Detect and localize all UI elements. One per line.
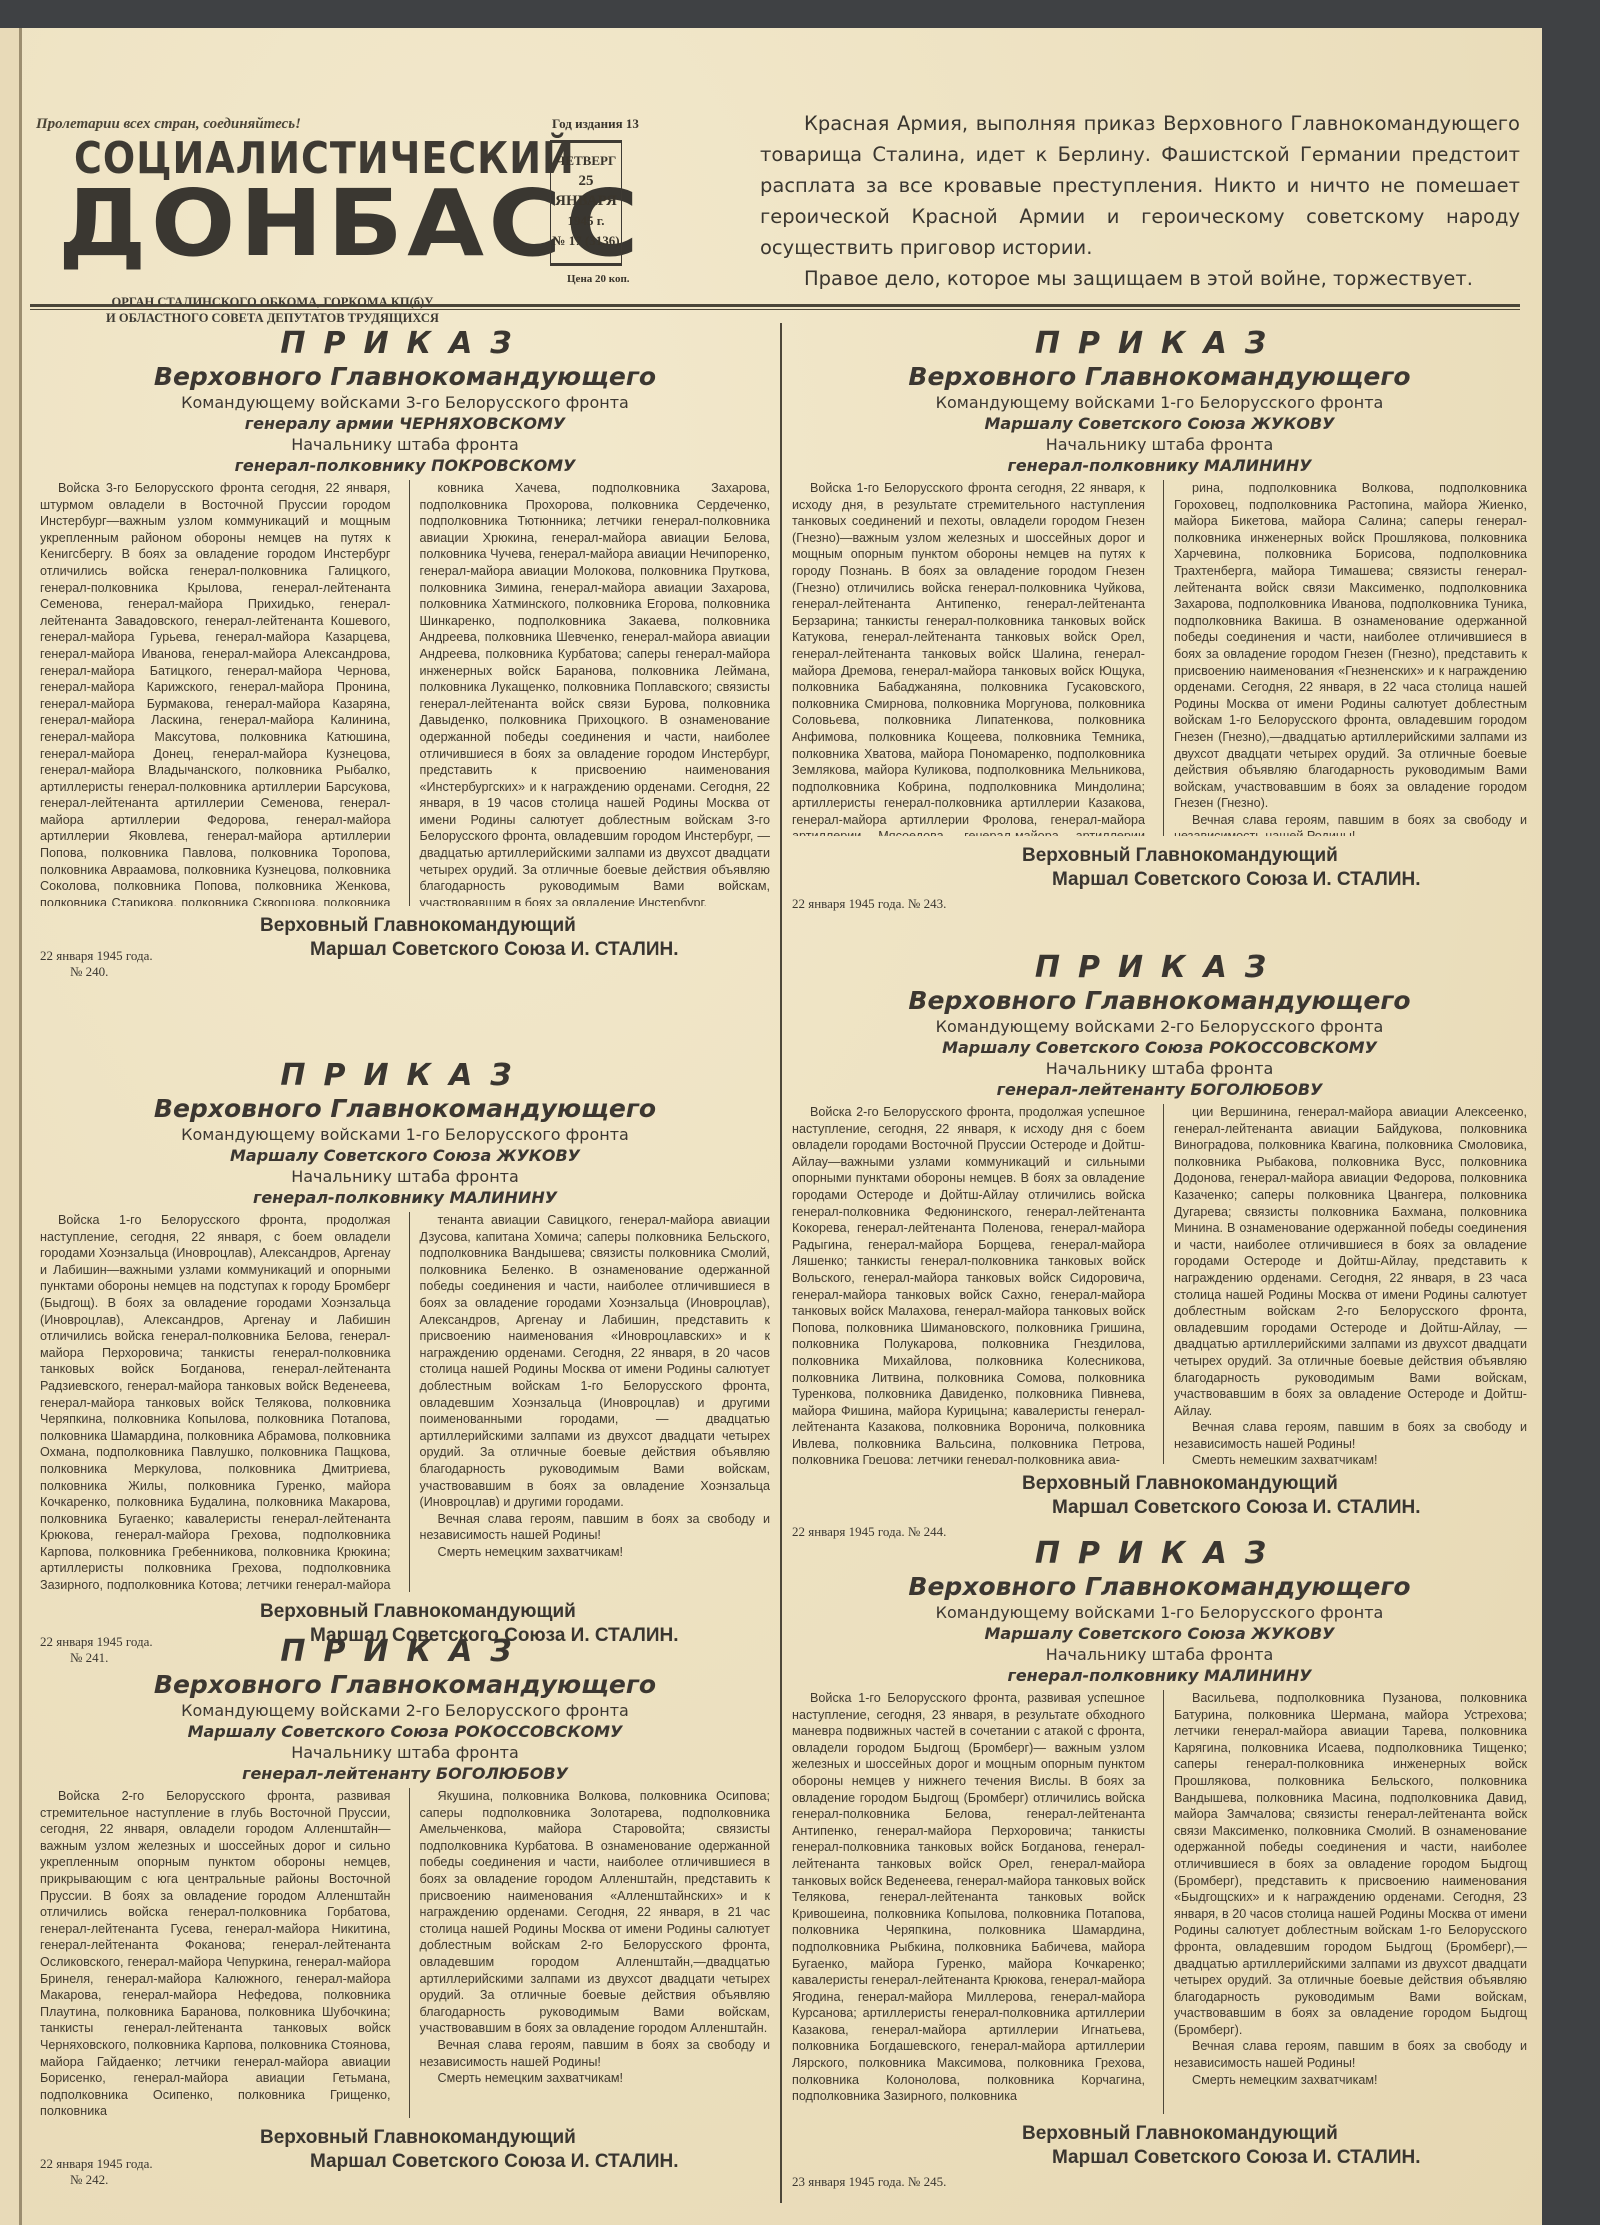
order-heading: ПРИКАЗ [792, 950, 1527, 986]
scan-background [1542, 0, 1600, 2225]
body-column-2: ции Вершинина, генерал-майора авиации Ал… [1163, 1104, 1527, 1464]
body-column-1: Войска 1-го Белорусского фронта, продолж… [40, 1212, 391, 1592]
order-date: 22 января 1945 года. [40, 948, 153, 964]
commander: генералу армии ЧЕРНЯХОВСКОМУ [40, 413, 770, 434]
year-of-publication: Год издания 13 [552, 116, 639, 132]
order-body: Войска 1-го Белорусского фронта, продолж… [40, 1212, 770, 1592]
order-241: ПРИКАЗ Верховного Главнокомандующего Ком… [40, 1058, 770, 1664]
newspaper-page: Пролетарии всех стран, соединяйтесь! СОЦ… [22, 28, 1542, 2225]
order-subheading: Верховного Главнокомандующего [792, 362, 1527, 392]
chief-of-staff: генерал-лейтенанту БОГОЛЮБОВУ [40, 1763, 770, 1784]
addressee: Командующему войсками 1-го Белорусского … [792, 1602, 1527, 1623]
year: 1945 г. [551, 211, 621, 231]
lead-paragraph-1: Красная Армия, выполняя приказ Верховног… [760, 108, 1520, 263]
order-body: Войска 2-го Белорусского фронта, продолж… [792, 1104, 1527, 1464]
order-heading: ПРИКАЗ [40, 1058, 770, 1094]
issue-number: № 17 (3136) [551, 231, 621, 251]
date-box: ЧЕТВЕРГ 25 ЯНВАРЯ 1945 г. № 17 (3136) [550, 140, 622, 266]
death-line: Смерть немецким захватчикам! [1174, 2072, 1527, 2089]
body-text: Войска 1-го Белорусского фронта сегодня,… [792, 480, 1145, 836]
chief-of-staff-label: Начальнику штаба фронта [40, 1166, 770, 1187]
body-text: Войска 1-го Белорусского фронта, развива… [792, 1690, 1145, 2105]
body-column-1: Войска 1-го Белорусского фронта сегодня,… [792, 480, 1145, 836]
body-text: ковника Хачева, подполковника Захарова, … [420, 480, 771, 906]
commander: Маршалу Советского Союза РОКОССОВСКОМУ [792, 1037, 1527, 1058]
signature-name: Маршал Советского Союза И. СТАЛИН. [310, 2150, 679, 2174]
masthead: Пролетарии всех стран, соединяйтесь! СОЦ… [22, 28, 1542, 300]
signature-name: Маршал Советского Союза И. СТАЛИН. [310, 938, 679, 962]
order-243: ПРИКАЗ Верховного Главнокомандующего Ком… [792, 326, 1527, 912]
order-heading: ПРИКАЗ [792, 326, 1527, 362]
signature-title: Верховный Главнокомандующий [260, 2126, 770, 2150]
body-text: рина, подполковника Волкова, подполковни… [1174, 480, 1527, 812]
glory-line: Вечная слава героям, павшим в боях за св… [1174, 1419, 1527, 1452]
signature-name: Маршал Советского Союза И. СТАЛИН. [1052, 1496, 1527, 1520]
chief-of-staff: генерал-полковнику МАЛИНИНУ [40, 1187, 770, 1208]
body-text: Васильева, подполковника Пузанова, полко… [1174, 1690, 1527, 2038]
signature-title: Верховный Главнокомандующий [1022, 2122, 1527, 2146]
order-heading: ПРИКАЗ [40, 326, 770, 362]
commander: Маршалу Советского Союза ЖУКОВУ [40, 1145, 770, 1166]
order-number: № 240. [70, 964, 108, 980]
body-column-2: рина, подполковника Волкова, подполковни… [1163, 480, 1527, 836]
order-subheading: Верховного Главнокомандующего [40, 1670, 770, 1700]
binding-spine [0, 28, 22, 2225]
addressee: Командующему войсками 2-го Белорусского … [40, 1700, 770, 1721]
glory-line: Вечная слава героям, павшим в боях за св… [1174, 812, 1527, 836]
order-subheading: Верховного Главнокомандующего [40, 362, 770, 392]
order-body: Войска 3-го Белорусского фронта сегодня,… [40, 480, 770, 906]
order-240: ПРИКАЗ Верховного Главнокомандующего Ком… [40, 326, 770, 978]
order-heading: ПРИКАЗ [792, 1536, 1527, 1572]
order-body: Войска 2-го Белорусского фронта, развива… [40, 1788, 770, 2118]
body-text: Якушина, полковника Волкова, полковника … [420, 1788, 771, 2037]
body-column-2: ковника Хачева, подполковника Захарова, … [409, 480, 771, 906]
death-line: Смерть немецким захватчикам! [420, 2070, 771, 2087]
order-body: Войска 1-го Белорусского фронта сегодня,… [792, 480, 1527, 836]
body-text: Войска 3-го Белорусского фронта сегодня,… [40, 480, 391, 906]
order-date-number: 22 января 1945 года. № 243. [792, 896, 1527, 912]
order-date: 22 января 1945 года. [792, 896, 905, 911]
order-245: ПРИКАЗ Верховного Главнокомандующего Ком… [792, 1536, 1527, 2190]
body-text: Войска 1-го Белорусского фронта, продолж… [40, 1212, 391, 1592]
body-column-1: Войска 2-го Белорусского фронта, развива… [40, 1788, 391, 2118]
order-number: № 245. [908, 2174, 946, 2189]
order-date-number: 23 января 1945 года. № 245. [792, 2174, 1527, 2190]
chief-of-staff-label: Начальнику штаба фронта [792, 434, 1527, 455]
signature-title: Верховный Главнокомандующий [1022, 1472, 1527, 1496]
price: Цена 20 коп. [567, 273, 630, 285]
slogan: Пролетарии всех стран, соединяйтесь! [36, 116, 301, 133]
chief-of-staff: генерал-полковнику ПОКРОВСКОМУ [40, 455, 770, 476]
signature-name: Маршал Советского Союза И. СТАЛИН. [1052, 868, 1527, 892]
body-column-2: тенанта авиации Савицкого, генерал-майор… [409, 1212, 771, 1592]
order-242: ПРИКАЗ Верховного Главнокомандующего Ком… [40, 1634, 770, 2190]
chief-of-staff: генерал-полковнику МАЛИНИНУ [792, 1665, 1527, 1686]
organ-subtitle: ОРГАН СТАЛИНСКОГО ОБКОМА, ГОРКОМА КП(б)У… [106, 294, 439, 326]
chief-of-staff: генерал-лейтенанту БОГОЛЮБОВУ [792, 1079, 1527, 1100]
chief-of-staff-label: Начальнику штаба фронта [40, 1742, 770, 1763]
lead-paragraph-2: Правое дело, которое мы защищаем в этой … [760, 263, 1520, 294]
body-column-2: Васильева, подполковника Пузанова, полко… [1163, 1690, 1527, 2114]
organ-line-2: И ОБЛАСТНОГО СОВЕТА ДЕПУТАТОВ ТРУДЯЩИХСЯ [106, 310, 439, 326]
signature-name: Маршал Советского Союза И. СТАЛИН. [1052, 2146, 1527, 2170]
glory-line: Вечная слава героям, павшим в боях за св… [1174, 2038, 1527, 2071]
lead-editorial: Красная Армия, выполняя приказ Верховног… [760, 108, 1520, 294]
order-subheading: Верховного Главнокомандующего [792, 1572, 1527, 1602]
weekday: ЧЕТВЕРГ [551, 151, 621, 171]
body-text: Войска 2-го Белорусского фронта, продолж… [792, 1104, 1145, 1464]
body-text: ции Вершинина, генерал-майора авиации Ал… [1174, 1104, 1527, 1419]
month: ЯНВАРЯ [551, 191, 621, 211]
body-column-1: Войска 3-го Белорусского фронта сегодня,… [40, 480, 391, 906]
chief-of-staff: генерал-полковнику МАЛИНИНУ [792, 455, 1527, 476]
signature-title: Верховный Главнокомандующий [1022, 844, 1527, 868]
commander: Маршалу Советского Союза ЖУКОВУ [792, 1623, 1527, 1644]
body-column-2: Якушина, полковника Волкова, полковника … [409, 1788, 771, 2118]
body-text: тенанта авиации Савицкого, генерал-майор… [420, 1212, 771, 1511]
chief-of-staff-label: Начальнику штаба фронта [40, 434, 770, 455]
addressee: Командующему войсками 1-го Белорусского … [40, 1124, 770, 1145]
order-body: Войска 1-го Белорусского фронта, развива… [792, 1690, 1527, 2114]
order-subheading: Верховного Главнокомандующего [40, 1094, 770, 1124]
day: 25 [551, 171, 621, 191]
body-column-1: Войска 2-го Белорусского фронта, продолж… [792, 1104, 1145, 1464]
order-number: № 243. [908, 896, 946, 911]
order-number: № 242. [70, 2172, 108, 2188]
glory-line: Вечная слава героям, павшим в боях за св… [420, 2037, 771, 2070]
signature-title: Верховный Главнокомандующий [260, 914, 770, 938]
order-date: 22 января 1945 года. [40, 2156, 153, 2172]
masthead-rule [30, 304, 1520, 310]
glory-line: Вечная слава героям, павшим в боях за св… [420, 1511, 771, 1544]
order-244: ПРИКАЗ Верховного Главнокомандующего Ком… [792, 950, 1527, 1540]
column-divider [780, 323, 782, 2203]
body-text: Войска 2-го Белорусского фронта, развива… [40, 1788, 391, 2118]
signature-title: Верховный Главнокомандующий [260, 1600, 770, 1624]
addressee: Командующему войсками 2-го Белорусского … [792, 1016, 1527, 1037]
commander: Маршалу Советского Союза ЖУКОВУ [792, 413, 1527, 434]
chief-of-staff-label: Начальнику штаба фронта [792, 1644, 1527, 1665]
order-heading: ПРИКАЗ [40, 1634, 770, 1670]
death-line: Смерть немецким захватчикам! [420, 1544, 771, 1561]
death-line: Смерть немецким захватчикам! [1174, 1452, 1527, 1464]
chief-of-staff-label: Начальнику штаба фронта [792, 1058, 1527, 1079]
addressee: Командующему войсками 1-го Белорусского … [792, 392, 1527, 413]
commander: Маршалу Советского Союза РОКОССОВСКОМУ [40, 1721, 770, 1742]
order-date: 23 января 1945 года. [792, 2174, 905, 2189]
body-column-1: Войска 1-го Белорусского фронта, развива… [792, 1690, 1145, 2114]
order-subheading: Верховного Главнокомандующего [792, 986, 1527, 1016]
addressee: Командующему войсками 3-го Белорусского … [40, 392, 770, 413]
